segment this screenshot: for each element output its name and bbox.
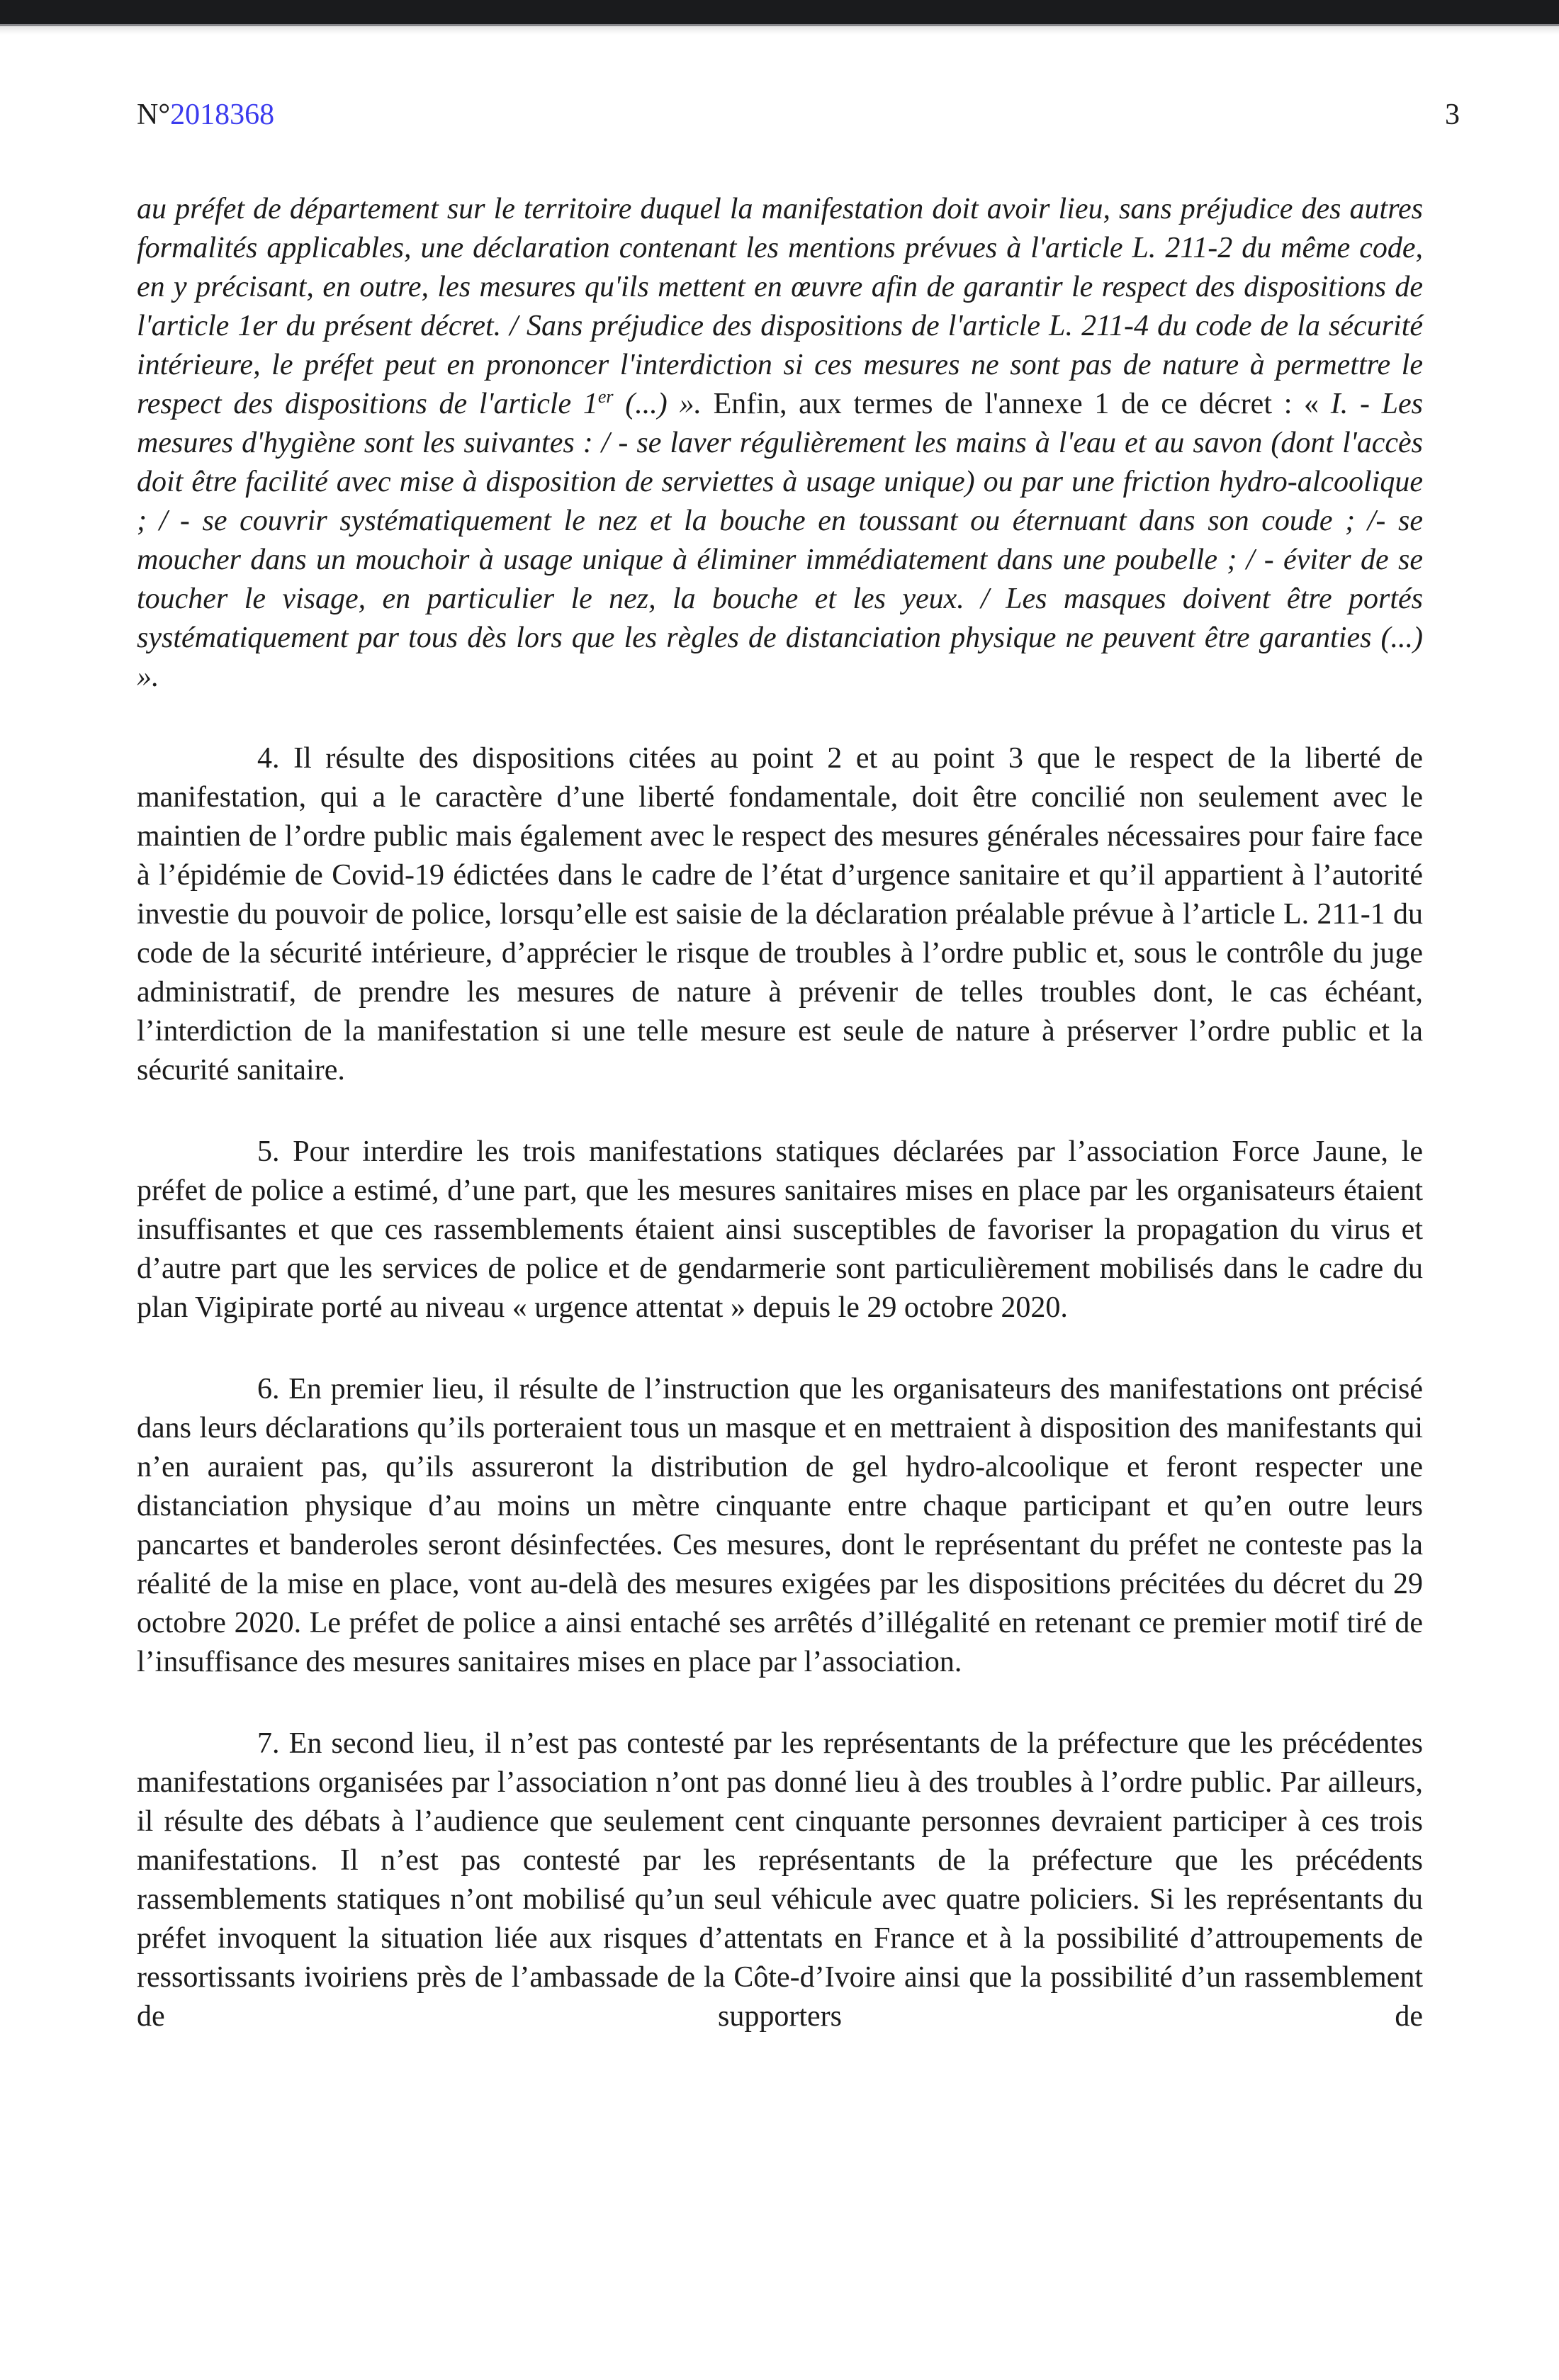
text-run: 6. En premier lieu, il résulte de l’inst… [137,1373,1423,1678]
text-run: I. - Les mesures d'hygiène sont les suiv… [137,388,1423,693]
text-run: (...) ». [614,388,702,420]
point-5: 5. Pour interdire les trois manifestatio… [137,1133,1423,1327]
text-run: 4. Il résulte des dispositions citées au… [137,742,1423,1087]
text-run: 7. En second lieu, il n’est pas contesté… [137,1727,1423,2033]
point-4: 4. Il résulte des dispositions citées au… [137,739,1423,1090]
text-run: Enfin, aux termes de l'annexe 1 de ce dé… [702,388,1331,420]
viewer-top-edge [0,0,1559,26]
case-number: N°2018368 [137,96,274,133]
document-body: au préfet de département sur le territoi… [137,190,1423,2079]
page-number: 3 [1445,96,1460,133]
point-6: 6. En premier lieu, il résulte de l’inst… [137,1370,1423,1682]
text-run: au préfet de département sur le territoi… [137,193,1423,420]
text-run: er [598,386,614,407]
quoted-decree-continuation: au préfet de département sur le territoi… [137,190,1423,697]
text-run: 5. Pour interdire les trois manifestatio… [137,1135,1423,1324]
page-header: N°2018368 3 [137,96,1460,133]
case-number-prefix: N° [137,99,170,131]
point-7: 7. En second lieu, il n’est pas contesté… [137,1724,1423,2036]
case-number-link[interactable]: 2018368 [170,99,274,131]
